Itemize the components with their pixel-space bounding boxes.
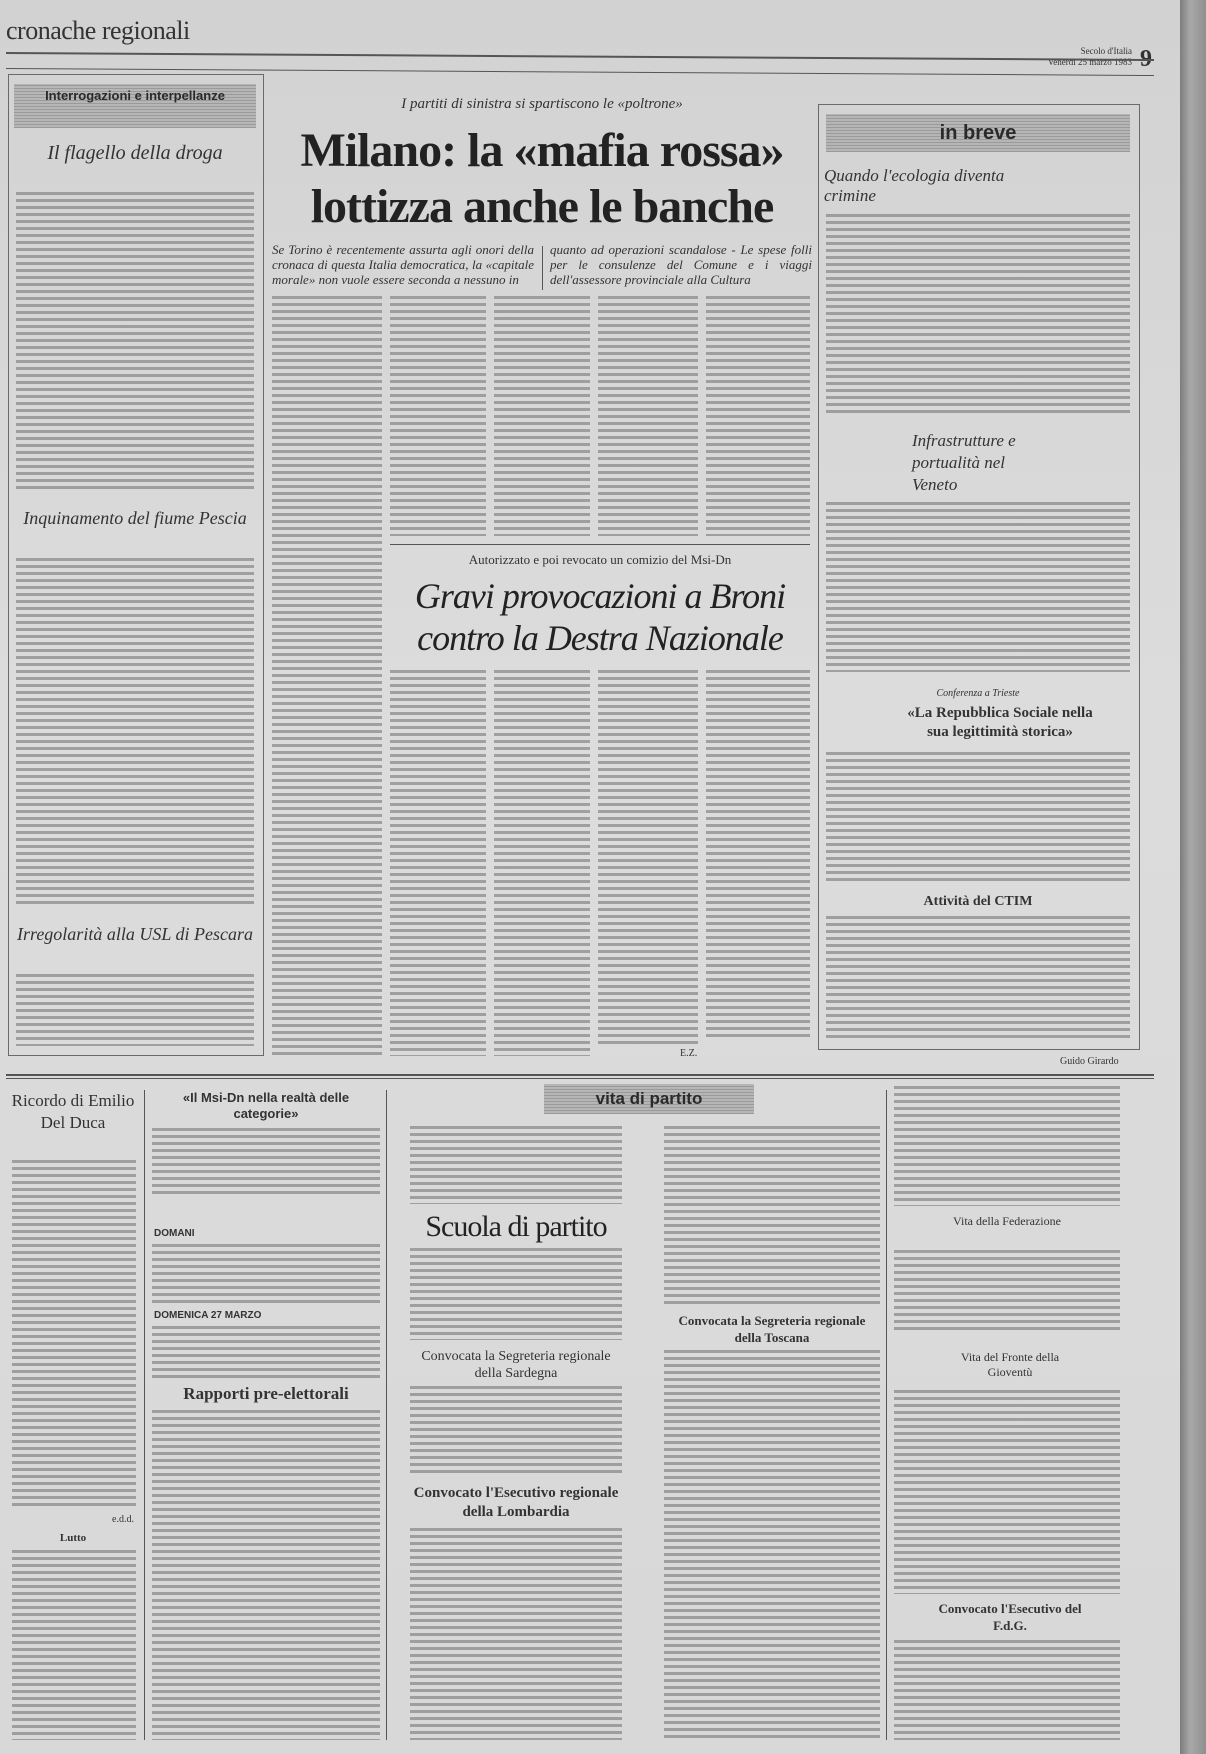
article-title-veneto: Infrastrutture e portualità nel Veneto	[912, 430, 1042, 496]
conference-title: «La Repubblica Sociale nella sua legitti…	[900, 704, 1100, 742]
main-body-col5	[706, 296, 810, 536]
broni-body-col3	[598, 670, 698, 1046]
main-body-col2	[390, 296, 486, 536]
memorial-initials: e.d.d.	[112, 1514, 134, 1525]
article-body-pescia	[16, 558, 254, 908]
article-title-pescara: Irregolarità alla USL di Pescara	[14, 924, 256, 945]
main-headline-line1: Milano: la «mafia rossa»	[272, 126, 812, 176]
lombardia-body	[410, 1528, 622, 1740]
memorial-title: Ricordo di Emilio Del Duca	[8, 1090, 138, 1134]
article-title-droga: Il flagello della droga	[14, 142, 256, 164]
article-title-ecologia: Quando l'ecologia diventa crimine	[824, 166, 1024, 206]
masthead: Secolo d'Italia Venerdì 25 marzo 1983	[1048, 46, 1132, 68]
conference-kicker: Conferenza a Trieste	[826, 688, 1130, 699]
in-breve-tag: in breve	[826, 114, 1130, 152]
main-body-col1	[272, 296, 382, 1056]
categories-divider	[386, 1090, 387, 1740]
federazione-body	[894, 1250, 1120, 1334]
article-body-droga	[16, 192, 254, 492]
main-lead-right: quanto ad operazioni scandalose - Le spe…	[550, 242, 812, 287]
newspaper-name: Secolo d'Italia	[1048, 46, 1132, 57]
main-body-col4	[598, 296, 698, 536]
broni-rule	[390, 544, 810, 545]
broni-body-col4	[706, 670, 810, 1040]
sardegna-subhead: Convocata la Segreteria regionale della …	[410, 1348, 622, 1382]
memorial-body	[12, 1160, 136, 1510]
lutto-title: Lutto	[8, 1532, 138, 1544]
bottom-section-rule	[6, 1074, 1154, 1076]
fronte-subhead: Vita del Fronte della Gioventù	[950, 1350, 1070, 1380]
article-body-pescara	[16, 974, 254, 1046]
lutto-body	[12, 1550, 136, 1740]
rapporti-title: Rapporti pre-elettorali	[152, 1384, 380, 1404]
broni-body-col1	[390, 670, 486, 1056]
broni-kicker: Autorizzato e poi revocato un comizio de…	[390, 552, 810, 568]
conference-body	[826, 752, 1130, 882]
toscana-subhead: Convocata la Segreteria regionale della …	[664, 1312, 880, 1346]
bottom-section-rule-2	[6, 1078, 1154, 1079]
broni-headline-line2: contro la Destra Nazionale	[390, 618, 810, 658]
main-headline-line2: lottizza anche le banche	[272, 182, 812, 232]
vita-partito-notes-2	[664, 1126, 880, 1306]
memorial-divider	[144, 1090, 145, 1740]
fdg-body	[894, 1640, 1120, 1740]
broni-body-col2	[494, 670, 590, 1056]
section-title: cronache regionali	[6, 16, 190, 46]
article-body-veneto	[826, 502, 1130, 672]
schedule-label-domenica: DOMENICA 27 MARZO	[154, 1310, 261, 1321]
main-kicker: I partiti di sinistra si spartiscono le …	[272, 96, 812, 113]
main-body-col3	[494, 296, 590, 536]
categories-title: «Il Msi-Dn nella realtà delle categorie»	[152, 1090, 380, 1122]
ctim-title: Attività del CTIM	[826, 894, 1130, 910]
vita-right-divider	[886, 1090, 887, 1740]
fdg-subhead: Convocato l'Esecutivo del F.d.G.	[930, 1600, 1090, 1634]
vita-partito-notes-1	[410, 1126, 622, 1204]
right-notes-1	[894, 1086, 1120, 1206]
broni-byline: Guido Girardo	[1060, 1056, 1119, 1067]
vita-di-partito-tag: vita di partito	[544, 1084, 754, 1114]
toscana-body	[664, 1350, 880, 1740]
sardegna-body	[410, 1386, 622, 1476]
broni-headline-line1: Gravi provocazioni a Broni	[390, 576, 810, 616]
categories-intro	[152, 1128, 380, 1198]
federazione-subhead: Vita della Federazione	[894, 1214, 1120, 1229]
scuola-di-partito-headline: Scuola di partito	[410, 1210, 622, 1244]
lombardia-subhead: Convocato l'Esecutivo regionale della Lo…	[410, 1484, 622, 1522]
rapporti-body	[152, 1410, 380, 1740]
article-body-ecologia	[826, 214, 1130, 414]
newspaper-page: cronache regionali Secolo d'Italia Vener…	[0, 0, 1180, 1754]
header-rule	[6, 52, 1154, 61]
interrogazioni-tag: Interrogazioni e interpellanze	[14, 84, 256, 128]
schedule-domenica	[152, 1326, 380, 1378]
broni-initials: E.Z.	[680, 1048, 697, 1059]
ctim-body	[826, 916, 1130, 1040]
page-binding-shadow	[1180, 0, 1206, 1754]
fronte-body	[894, 1390, 1120, 1594]
main-lead-left: Se Torino è recentemente assurta agli on…	[272, 242, 534, 287]
lead-divider	[542, 246, 543, 290]
schedule-label-domani: DOMANI	[154, 1228, 195, 1239]
article-title-pescia: Inquinamento del fiume Pescia	[14, 508, 256, 529]
scuola-body	[410, 1248, 622, 1340]
schedule-domani	[152, 1244, 380, 1306]
